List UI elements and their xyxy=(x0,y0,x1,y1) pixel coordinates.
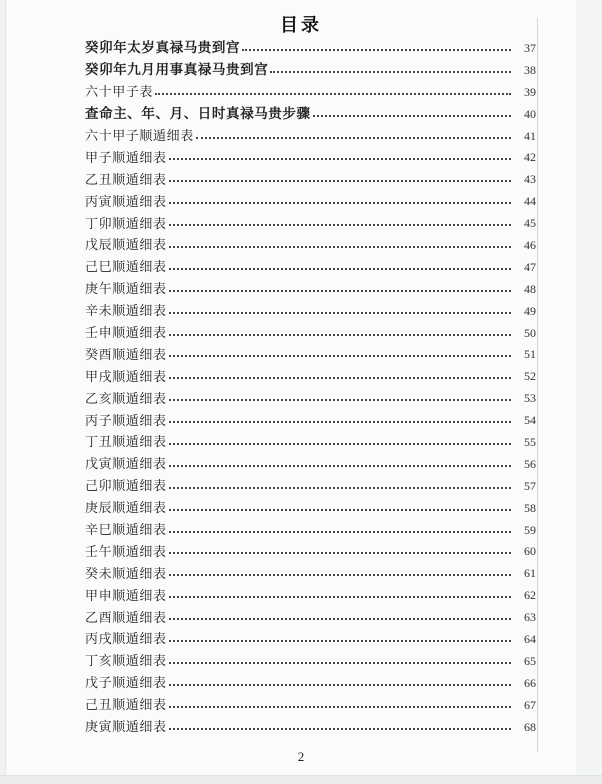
dot-leader xyxy=(196,137,511,139)
toc-entry-title: 丙寅顺遁细表 xyxy=(85,195,167,208)
toc-entry-page: 52 xyxy=(514,370,536,382)
toc-entry-page: 41 xyxy=(514,130,536,142)
toc-entry-page: 55 xyxy=(514,436,536,448)
toc-entry: 丁丑顺遁细表 55 xyxy=(0,431,602,453)
toc-entry-title: 乙酉顺遁细表 xyxy=(85,611,167,624)
toc-entry-page: 56 xyxy=(514,458,536,470)
toc-entry-page: 62 xyxy=(514,589,536,601)
toc-entry: 辛未顺遁细表 49 xyxy=(0,300,602,322)
dot-leader xyxy=(169,421,511,423)
toc-entry: 戊寅顺遁细表 56 xyxy=(0,453,602,475)
toc-entry-title: 甲申顺遁细表 xyxy=(85,589,167,602)
toc-entry: 查命主、年、月、日时真禄马贵步骤 40 xyxy=(0,103,602,125)
toc-entry-page: 43 xyxy=(514,173,536,185)
toc-entry-title: 己卯顺遁细表 xyxy=(85,479,167,492)
toc-entry: 六十甲子表 39 xyxy=(0,81,602,103)
toc-entry-title: 癸卯年九月用事真禄马贵到宫 xyxy=(85,63,268,77)
toc-entry-title: 乙亥顺遁细表 xyxy=(85,392,167,405)
toc-entry-title: 癸卯年太岁真禄马贵到宫 xyxy=(85,41,240,55)
toc-entry-title: 壬申顺遁细表 xyxy=(85,326,167,339)
dot-leader xyxy=(169,334,511,336)
toc-entry-title: 六十甲子表 xyxy=(85,85,153,98)
toc-entry-title: 甲戌顺遁细表 xyxy=(85,370,167,383)
dot-leader xyxy=(169,728,511,730)
toc-entry: 辛巳顺遁细表 59 xyxy=(0,519,602,541)
dot-leader xyxy=(169,706,511,708)
dot-leader xyxy=(169,684,511,686)
dot-leader xyxy=(270,71,511,73)
dot-leader xyxy=(169,574,511,576)
dot-leader xyxy=(169,246,511,248)
dot-leader xyxy=(169,443,511,445)
toc-entry: 乙丑顺遁细表 43 xyxy=(0,168,602,190)
toc-entry-page: 57 xyxy=(514,480,536,492)
dot-leader xyxy=(169,662,511,664)
toc-entry-title: 戊子顺遁细表 xyxy=(85,676,167,689)
toc-entry-title: 丁亥顺遁细表 xyxy=(85,654,167,667)
toc-entry-page: 61 xyxy=(514,567,536,579)
toc-entry-page: 59 xyxy=(514,524,536,536)
toc-entry: 乙亥顺遁细表 53 xyxy=(0,387,602,409)
toc-entry-page: 40 xyxy=(514,108,536,120)
toc-entry-page: 47 xyxy=(514,261,536,273)
toc-entry: 乙酉顺遁细表 63 xyxy=(0,606,602,628)
toc-entry-title: 己丑顺遁细表 xyxy=(85,698,167,711)
dot-leader xyxy=(169,399,511,401)
toc-entry: 癸未顺遁细表 61 xyxy=(0,562,602,584)
dot-leader xyxy=(169,596,511,598)
dot-leader xyxy=(313,115,511,117)
toc-entry: 戊子顺遁细表 66 xyxy=(0,672,602,694)
dot-leader xyxy=(169,202,511,204)
dot-leader xyxy=(169,487,511,489)
toc-entry: 癸卯年九月用事真禄马贵到宫 38 xyxy=(0,59,602,81)
dot-leader xyxy=(169,552,511,554)
dot-leader xyxy=(169,268,511,270)
toc-entry: 丁卯顺遁细表 45 xyxy=(0,212,602,234)
dot-leader xyxy=(242,49,511,51)
toc-entry: 庚午顺遁细表 48 xyxy=(0,278,602,300)
dot-leader xyxy=(169,355,511,357)
toc-entry: 癸酉顺遁细表 51 xyxy=(0,343,602,365)
toc-entry-page: 44 xyxy=(514,195,536,207)
dot-leader xyxy=(169,180,511,182)
toc-entry: 壬申顺遁细表 50 xyxy=(0,322,602,344)
toc-entry-page: 67 xyxy=(514,699,536,711)
footer-page-number: 2 xyxy=(0,749,602,765)
toc-entry: 庚寅顺遁细表 68 xyxy=(0,716,602,738)
toc-entry-title: 戊寅顺遁细表 xyxy=(85,457,167,470)
toc-entry-title: 甲子顺遁细表 xyxy=(85,151,167,164)
dot-leader xyxy=(169,618,511,620)
toc-entry: 己卯顺遁细表 57 xyxy=(0,475,602,497)
toc-entry-page: 39 xyxy=(514,86,536,98)
toc-entry-title: 辛巳顺遁细表 xyxy=(85,523,167,536)
dot-leader xyxy=(169,312,511,314)
page-title: 目录 xyxy=(0,11,602,37)
dot-leader xyxy=(169,377,511,379)
toc-entry-page: 48 xyxy=(514,283,536,295)
toc-entry-page: 38 xyxy=(514,64,536,76)
toc-entry: 己丑顺遁细表 67 xyxy=(0,694,602,716)
toc-entry-page: 68 xyxy=(514,721,536,733)
dot-leader xyxy=(169,531,511,533)
toc-entry-page: 65 xyxy=(514,655,536,667)
toc-entry-title: 辛未顺遁细表 xyxy=(85,304,167,317)
toc-entry: 丙寅顺遁细表 44 xyxy=(0,190,602,212)
toc-entry-page: 37 xyxy=(514,42,536,54)
toc-entry: 甲戌顺遁细表 52 xyxy=(0,365,602,387)
toc-entry-title: 查命主、年、月、日时真禄马贵步骤 xyxy=(85,107,311,121)
toc-entry-page: 45 xyxy=(514,217,536,229)
toc-entry-title: 癸未顺遁细表 xyxy=(85,567,167,580)
toc-entry-page: 46 xyxy=(514,239,536,251)
toc-entry-page: 66 xyxy=(514,677,536,689)
toc-entry: 甲申顺遁细表 62 xyxy=(0,584,602,606)
toc-entry-title: 癸酉顺遁细表 xyxy=(85,348,167,361)
toc-entry-title: 丁卯顺遁细表 xyxy=(85,217,167,230)
toc-list: 癸卯年太岁真禄马贵到宫 37 癸卯年九月用事真禄马贵到宫 38 六十甲子表 39… xyxy=(0,37,602,738)
toc-entry-title: 丁丑顺遁细表 xyxy=(85,435,167,448)
toc-entry-page: 50 xyxy=(514,327,536,339)
dot-leader xyxy=(169,158,511,160)
dot-leader xyxy=(169,509,511,511)
scanned-toc-page: 目录 癸卯年太岁真禄马贵到宫 37 癸卯年九月用事真禄马贵到宫 38 六十甲子表… xyxy=(0,0,602,784)
toc-entry-page: 42 xyxy=(514,151,536,163)
toc-entry-page: 53 xyxy=(514,392,536,404)
toc-entry-title: 丙子顺遁细表 xyxy=(85,414,167,427)
toc-entry: 庚辰顺遁细表 58 xyxy=(0,497,602,519)
scan-bottom-edge xyxy=(0,775,602,784)
dot-leader xyxy=(169,290,511,292)
toc-entry-title: 庚辰顺遁细表 xyxy=(85,501,167,514)
toc-entry: 丙戌顺遁细表 64 xyxy=(0,628,602,650)
toc-entry-page: 51 xyxy=(514,348,536,360)
toc-entry-page: 54 xyxy=(514,414,536,426)
toc-entry-page: 64 xyxy=(514,633,536,645)
toc-entry-page: 49 xyxy=(514,305,536,317)
toc-entry: 己巳顺遁细表 47 xyxy=(0,256,602,278)
toc-entry: 戊辰顺遁细表 46 xyxy=(0,234,602,256)
toc-entry: 甲子顺遁细表 42 xyxy=(0,146,602,168)
toc-entry-page: 58 xyxy=(514,502,536,514)
toc-entry-title: 戊辰顺遁细表 xyxy=(85,238,167,251)
dot-leader xyxy=(155,93,511,95)
toc-entry-page: 60 xyxy=(514,545,536,557)
toc-entry-title: 己巳顺遁细表 xyxy=(85,260,167,273)
toc-entry: 丙子顺遁细表 54 xyxy=(0,409,602,431)
toc-entry-title: 丙戌顺遁细表 xyxy=(85,632,167,645)
toc-entry: 丁亥顺遁细表 65 xyxy=(0,650,602,672)
toc-entry-title: 庚午顺遁细表 xyxy=(85,282,167,295)
toc-entry-page: 63 xyxy=(514,611,536,623)
toc-entry: 六十甲子顺遁细表 41 xyxy=(0,125,602,147)
toc-entry-title: 庚寅顺遁细表 xyxy=(85,720,167,733)
toc-entry-title: 壬午顺遁细表 xyxy=(85,545,167,558)
toc-entry: 癸卯年太岁真禄马贵到宫 37 xyxy=(0,37,602,59)
toc-entry: 壬午顺遁细表 60 xyxy=(0,540,602,562)
toc-entry-title: 乙丑顺遁细表 xyxy=(85,173,167,186)
toc-entry-title: 六十甲子顺遁细表 xyxy=(85,129,194,142)
dot-leader xyxy=(169,465,511,467)
dot-leader xyxy=(169,640,511,642)
dot-leader xyxy=(169,224,511,226)
